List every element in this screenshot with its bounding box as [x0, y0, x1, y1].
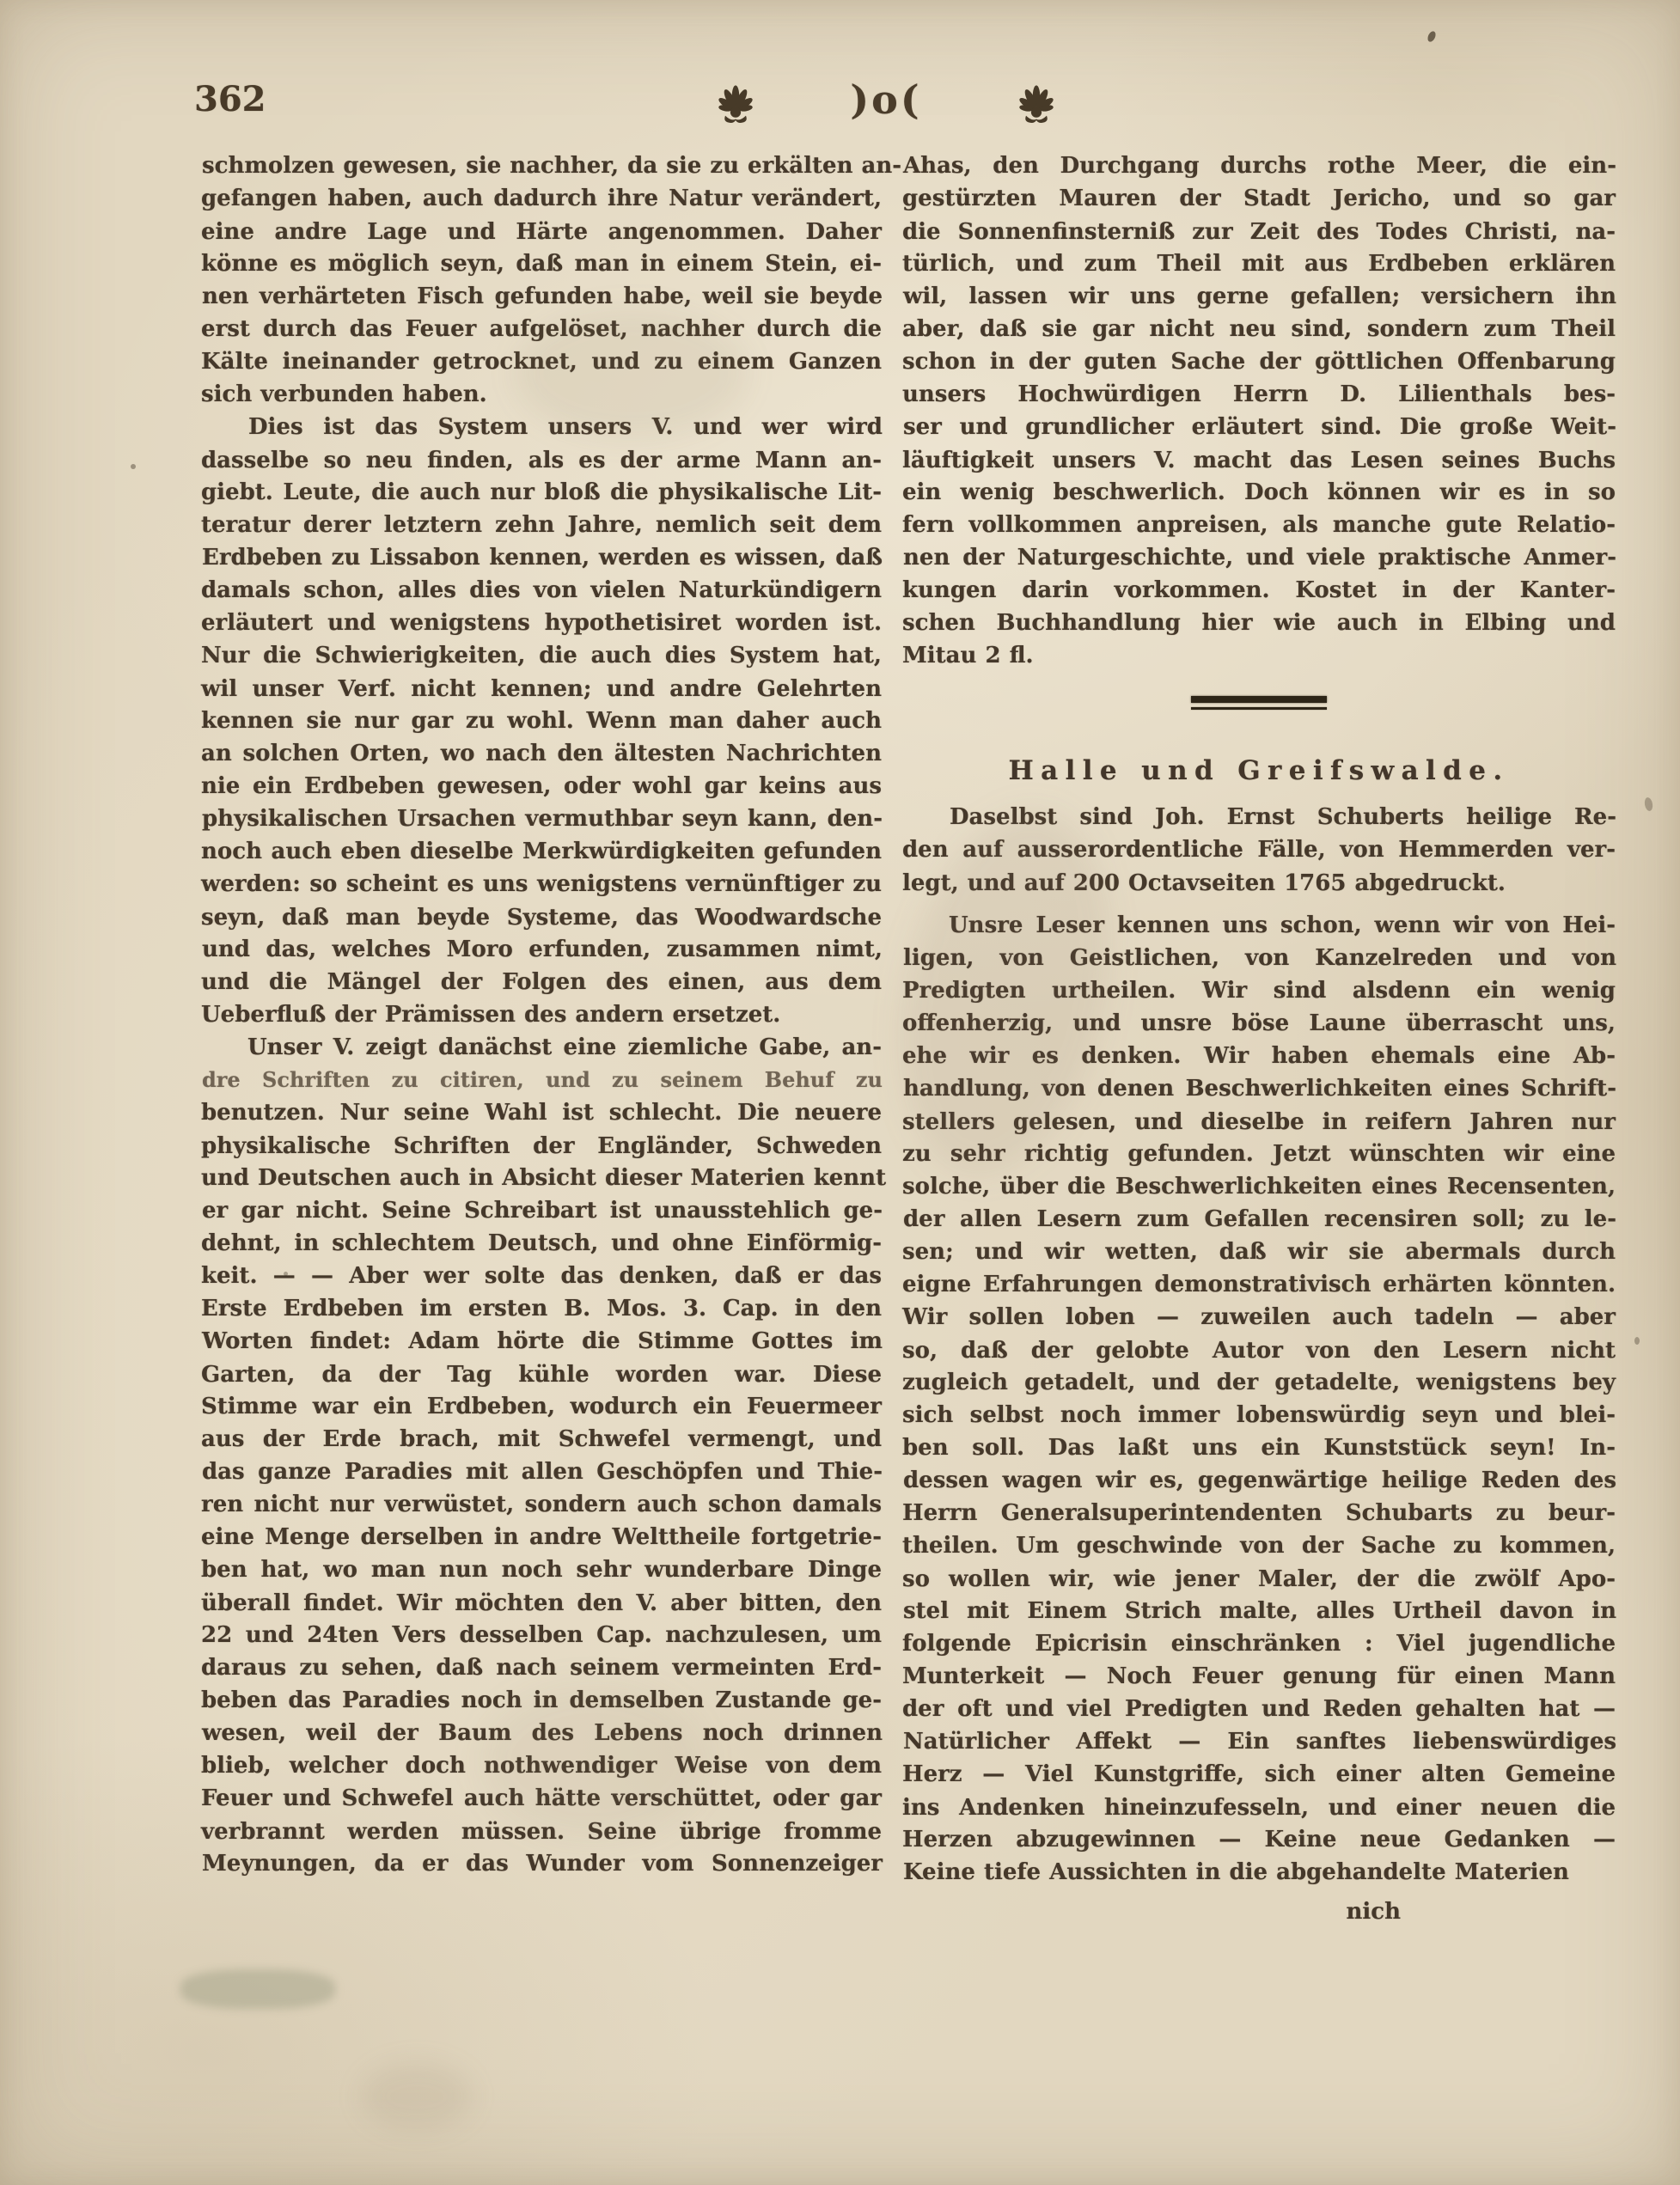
text-line: der allen Lesern zum Gefallen recensiren…: [903, 1203, 1616, 1236]
text-line: sen; und wir wetten, daß wir sie abermal…: [902, 1236, 1616, 1268]
text-line: ligen, von Geistlichen, von Kanzelreden …: [903, 942, 1616, 974]
text-line: eigne Erfahrungen demonstrativisch erhär…: [902, 1268, 1616, 1301]
text-line: und das, welches Moro erfunden, zusammen…: [202, 933, 883, 966]
text-line: dre Schriften zu citiren, und zu seinem …: [202, 1064, 883, 1096]
shell-ornament-icon: [712, 82, 760, 124]
text-line: blieb, welcher doch nothwendiger Weise v…: [201, 1749, 882, 1782]
text-line: ser und grundlicher erläutert sind. Die …: [903, 411, 1616, 443]
text-line: läuftigkeit unsers V. macht das Lesen se…: [902, 444, 1616, 477]
text-line: der oft und viel Predigten und Reden geh…: [902, 1693, 1616, 1725]
right-column-section-lines: Daselbst sind Joh. Ernst Schuberts heili…: [902, 801, 1616, 1889]
text-line: ben hat, wo man nun noch sehr wunderbare…: [201, 1553, 882, 1586]
text-line: überall findet. Wir möchten den V. aber …: [201, 1587, 882, 1620]
text-line: den auf ausserordentliche Fälle, von Hem…: [902, 833, 1616, 866]
text-line: sich verbunden haben.: [201, 378, 882, 411]
text-line: verbrannt werden müssen. Seine übrige fr…: [201, 1816, 882, 1848]
text-line: stel mit Einem Strich malte, alles Urthe…: [903, 1595, 1616, 1627]
text-line: das ganze Paradies mit allen Geschöpfen …: [202, 1456, 883, 1488]
text-line: an solchen Orten, wo nach den ältesten N…: [201, 737, 882, 770]
divider-bar-thin: [1191, 707, 1327, 710]
text-line: er gar nicht. Seine Schreibart ist unaus…: [202, 1194, 883, 1227]
text-line: physikalische Schriften der Engländer, S…: [201, 1130, 882, 1163]
text-line: theilen. Um geschwinde von der Sache zu …: [902, 1529, 1616, 1562]
text-line: dehnt, in schlechtem Deutsch, und ohne E…: [201, 1227, 882, 1260]
text-line: schmolzen gewesen, sie nachher, da sie z…: [202, 150, 883, 182]
section-heading: Halle und Greifswalde.: [902, 754, 1616, 787]
text-line: unsers Hochwürdigen Herrn D. Lilienthals…: [902, 378, 1616, 411]
text-line: ins Andenken hineinzufesseln, und einer …: [902, 1791, 1616, 1824]
right-column: Ahas, den Durchgang durchs rothe Meer, d…: [902, 150, 1616, 1928]
text-line: Predigten urtheilen. Wir sind alsdenn ei…: [902, 974, 1616, 1007]
text-line: wesen, weil der Baum des Lebens noch dri…: [202, 1717, 883, 1749]
text-line: Garten, da der Tag kühle worden war. Die…: [201, 1358, 882, 1391]
text-line: handlung, von denen Beschwerlichkeiten e…: [903, 1072, 1616, 1105]
text-line: Wir sollen loben — zuweilen auch tadeln …: [902, 1301, 1616, 1334]
text-line: ren nicht nur verwüstet, sondern auch sc…: [201, 1488, 882, 1521]
text-line: eine Menge derselben in andre Welttheile…: [201, 1521, 882, 1553]
text-line: wil, lassen wir uns gerne gefallen; vers…: [903, 280, 1616, 313]
text-line: erläutert und wenigstens hypothetisiret …: [201, 607, 882, 639]
text-line: Keine tiefe Aussichten in die abgehandel…: [903, 1856, 1616, 1889]
text-line: Erste Erdbeben im ersten B. Mos. 3. Cap.…: [201, 1292, 882, 1325]
shell-ornament-icon: [1012, 82, 1060, 124]
page-number: 362: [194, 79, 266, 119]
text-line: Mitau 2 fl.: [902, 639, 1616, 672]
text-line: und die Mängel der Folgen des einen, aus…: [201, 966, 882, 998]
text-line: Ueberfluß der Prämissen des andern erset…: [201, 998, 882, 1031]
text-line: ben soll. Das laßt uns ein Kunststück se…: [902, 1431, 1616, 1464]
text-line: so, daß der gelobte Autor von den Lesern…: [902, 1334, 1616, 1367]
ink-speck: [1634, 1337, 1640, 1345]
text-line: teratur derer letztern zehn Jahre, nemli…: [201, 509, 882, 541]
text-line: nen verhärteten Fisch gefunden habe, wei…: [202, 280, 883, 313]
scanned-book-page: { "colors": { "paper": "#e2d7c0", "ink":…: [0, 0, 1680, 2185]
text-line: Herzen abzugewinnen — Keine neue Gedanke…: [902, 1823, 1616, 1856]
text-line: schen Buchhandlung hier wie auch in Elbi…: [902, 607, 1616, 639]
text-line: wil unser Verf. nicht kennen; und andre …: [201, 673, 882, 705]
text-line: stellers gelesen, und dieselbe in reifer…: [902, 1106, 1616, 1138]
text-line: keit. — — Aber wer solte das denken, daß…: [201, 1260, 882, 1292]
text-line: erst durch das Feuer aufgelöset, nachher…: [201, 313, 882, 345]
ink-speck: [1426, 30, 1438, 43]
divider-bar-thick: [1191, 696, 1327, 703]
text-line: Ahas, den Durchgang durchs rothe Meer, d…: [903, 150, 1616, 182]
text-line: zu sehr richtig gefunden. Jetzt wünschte…: [902, 1138, 1616, 1170]
text-line: kungen darin vorkommen. Kostet in der Ka…: [902, 574, 1616, 607]
text-line: zugleich getadelt, und der getadelte, we…: [902, 1366, 1616, 1399]
text-line: Meynungen, da er das Wunder vom Sonnenze…: [202, 1847, 883, 1880]
text-line: werden: so scheint es uns wenigstens ver…: [201, 868, 882, 900]
text-line: folgende Epicrisin einschränken : Viel j…: [902, 1627, 1616, 1660]
text-line: benutzen. Nur seine Wahl ist schlecht. D…: [201, 1096, 882, 1129]
text-line: eine andre Lage und Härte angenommen. Da…: [201, 216, 882, 248]
text-line: nen der Naturgeschichte, und viele prakt…: [903, 541, 1616, 574]
text-line: Nur die Schwierigkeiten, die auch dies S…: [201, 639, 882, 672]
text-line: nie ein Erdbeben gewesen, oder wohl gar …: [201, 770, 882, 803]
ink-speck: [131, 464, 136, 469]
text-line: giebt. Leute, die auch nur bloß die phys…: [201, 476, 882, 509]
text-line: offenherzig, und unsre böse Laune überra…: [902, 1007, 1616, 1040]
text-line: dasselbe so neu finden, als es der arme …: [201, 444, 882, 477]
text-line: Natürlicher Affekt — Ein sanftes liebens…: [903, 1725, 1616, 1758]
paper-stain: [180, 1969, 335, 2009]
text-line: Unsre Leser kennen uns schon, wenn wir v…: [902, 909, 1616, 942]
text-line: die Sonnenfinsterniß zur Zeit des Todes …: [902, 216, 1616, 248]
text-line: gestürzten Mauren der Stadt Jericho, und…: [902, 182, 1616, 215]
text-line: und Deutschen auch in Absicht dieser Mat…: [201, 1162, 882, 1194]
header-ornaments: )o(: [712, 74, 1060, 132]
text-line: legt, und auf 200 Octavseiten 1765 abged…: [902, 867, 1616, 900]
text-line: aber, daß sie gar nicht neu sind, sonder…: [902, 313, 1616, 345]
text-line: ehe wir es denken. Wir haben ehemals ein…: [902, 1040, 1616, 1072]
text-line: damals schon, alles dies von vielen Natu…: [201, 574, 882, 607]
text-line: solche, über die Beschwerlichkeiten eine…: [902, 1170, 1616, 1203]
paper-stain: [361, 2062, 473, 2131]
text-line: ein wenig beschwerlich. Doch können wir …: [902, 476, 1616, 509]
text-line: Feuer und Schwefel auch hätte verschütte…: [201, 1782, 882, 1815]
catchword: nich: [902, 1895, 1616, 1928]
text-line: so wollen wir, wie jener Maler, der die …: [902, 1563, 1616, 1596]
text-line: Unser V. zeigt danächst eine ziemliche G…: [201, 1031, 882, 1064]
text-line: Worten findet: Adam hörte die Stimme Got…: [202, 1325, 883, 1358]
text-line: Erdbeben zu Lissabon kennen, werden es w…: [202, 541, 883, 574]
text-line: seyn, daß man beyde Systeme, das Woodwar…: [201, 901, 882, 934]
ornament-separator: )o(: [850, 76, 921, 123]
ink-speck: [1644, 796, 1654, 811]
text-line: türlich, und zum Theil mit aus Erdbeben …: [902, 247, 1616, 280]
text-line: dessen wagen wir es, gegenwärtige heilig…: [903, 1464, 1616, 1497]
text-line: Dies ist das System unsers V. und wer wi…: [202, 411, 883, 443]
text-line: beben das Paradies noch in demselben Zus…: [201, 1684, 882, 1717]
text-line: kennen sie nur gar zu wohl. Wenn man dah…: [201, 705, 882, 737]
text-line: Herrn Generalsuperintendenten Schubarts …: [902, 1497, 1616, 1529]
text-line: aus der Erde brach, mit Schwefel vermeng…: [201, 1423, 882, 1456]
text-line: könne es möglich seyn, daß man in einem …: [201, 247, 882, 280]
text-line: Kälte ineinander getrocknet, und zu eine…: [201, 345, 882, 378]
text-line: schon in der guten Sache der göttlichen …: [902, 345, 1616, 378]
section-divider: [1191, 696, 1327, 710]
right-column-top-lines: Ahas, den Durchgang durchs rothe Meer, d…: [902, 150, 1616, 672]
text-line: 22 und 24ten Vers desselben Cap. nachzul…: [201, 1619, 882, 1651]
text-line: Herz — Viel Kunstgriffe, sich einer alte…: [902, 1758, 1616, 1791]
left-column: schmolzen gewesen, sie nachher, da sie z…: [201, 150, 882, 1880]
text-line: fern vollkommen anpreisen, als manche gu…: [902, 509, 1616, 541]
text-line: daraus zu sehen, daß nach seinem vermein…: [201, 1651, 882, 1684]
text-line: sich selbst noch immer lobenswürdig seyn…: [902, 1399, 1616, 1431]
text-line: gefangen haben, auch dadurch ihre Natur …: [201, 182, 882, 215]
text-line: Stimme war ein Erdbeben, wodurch ein Feu…: [201, 1390, 882, 1423]
text-line: Daselbst sind Joh. Ernst Schuberts heili…: [903, 801, 1616, 833]
text-line: noch auch eben dieselbe Merkwürdigkeiten…: [201, 835, 882, 868]
text-line: Munterkeit — Noch Feuer genung für einen…: [902, 1660, 1616, 1693]
text-line: physikalischen Ursachen vermuthbar seyn …: [202, 803, 883, 835]
